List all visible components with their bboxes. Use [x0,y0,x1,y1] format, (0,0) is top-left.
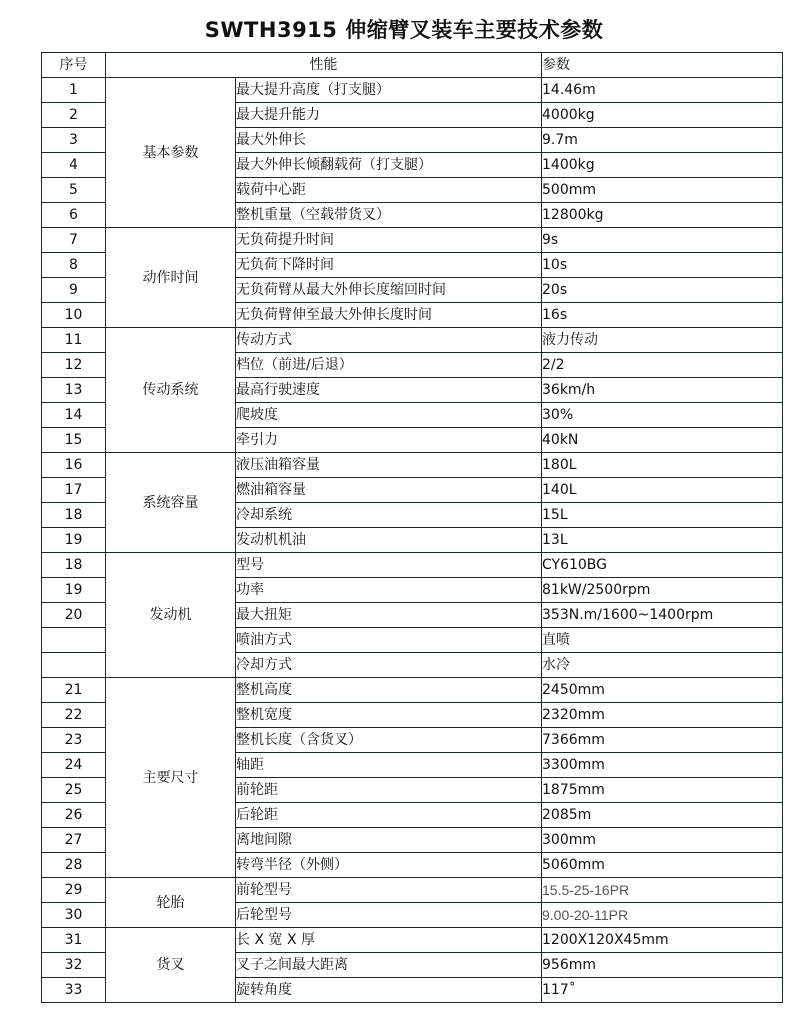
row-number: 18 [42,553,106,578]
feature-cell: 最大提升高度（打支腿） [236,78,542,103]
feature-cell: 牵引力 [236,428,542,453]
value-cell: CY610BG [542,553,783,578]
row-number: 21 [42,678,106,703]
feature-cell: 最大外伸长倾翻载荷（打支腿） [236,153,542,178]
value-cell: 液力传动 [542,328,783,353]
row-number: 13 [42,378,106,403]
feature-cell: 转弯半径（外侧） [236,853,542,878]
spec-table: 序号 性能 参数 1基本参数最大提升高度（打支腿）14.46m2最大提升能力40… [41,52,783,1003]
row-number: 14 [42,403,106,428]
row-number: 2 [42,103,106,128]
row-number: 16 [42,453,106,478]
row-number [42,653,106,678]
group-label: 动作时间 [106,228,236,328]
feature-cell: 爬坡度 [236,403,542,428]
feature-cell: 离地间隙 [236,828,542,853]
group-label: 货叉 [106,928,236,1003]
feature-cell: 最大提升能力 [236,103,542,128]
row-number: 29 [42,878,106,903]
value-cell: 117˚ [542,978,783,1003]
row-number: 12 [42,353,106,378]
value-cell: 16s [542,303,783,328]
value-cell: 2085m [542,803,783,828]
row-number: 27 [42,828,106,853]
row-number: 10 [42,303,106,328]
feature-cell: 叉子之间最大距离 [236,953,542,978]
value-cell: 9.7m [542,128,783,153]
feature-cell: 无负荷臂伸至最大外伸长度时间 [236,303,542,328]
row-number: 19 [42,578,106,603]
feature-cell: 燃油箱容量 [236,478,542,503]
table-row: 11传动系统传动方式液力传动 [42,328,783,353]
feature-cell: 无负荷下降时间 [236,253,542,278]
value-cell: 500mm [542,178,783,203]
header-no: 序号 [42,53,106,78]
feature-cell: 整机长度（含货叉） [236,728,542,753]
value-cell: 81kW/2500rpm [542,578,783,603]
row-number: 15 [42,428,106,453]
value-cell: 353N.m/1600~1400rpm [542,603,783,628]
feature-cell: 旋转角度 [236,978,542,1003]
feature-cell: 前轮型号 [236,878,542,903]
feature-cell: 最大扭矩 [236,603,542,628]
feature-cell: 整机高度 [236,678,542,703]
header-feature: 性能 [106,53,542,78]
value-cell: 1400kg [542,153,783,178]
value-cell: 180L [542,453,783,478]
table-row: 1基本参数最大提升高度（打支腿）14.46m [42,78,783,103]
table-row: 18发动机型号CY610BG [42,553,783,578]
feature-cell: 载荷中心距 [236,178,542,203]
row-number: 11 [42,328,106,353]
value-cell: 水冷 [542,653,783,678]
feature-cell: 发动机机油 [236,528,542,553]
value-cell: 直喷 [542,628,783,653]
row-number: 3 [42,128,106,153]
feature-cell: 无负荷提升时间 [236,228,542,253]
feature-cell: 最大外伸长 [236,128,542,153]
feature-cell: 无负荷臂从最大外伸长度缩回时间 [236,278,542,303]
row-number: 26 [42,803,106,828]
row-number: 8 [42,253,106,278]
value-cell: 1875mm [542,778,783,803]
row-number: 20 [42,603,106,628]
feature-cell: 最高行驶速度 [236,378,542,403]
row-number: 33 [42,978,106,1003]
feature-cell: 档位（前进/后退） [236,353,542,378]
table-header-row: 序号 性能 参数 [42,53,783,78]
feature-cell: 轴距 [236,753,542,778]
value-cell: 9s [542,228,783,253]
value-cell: 1200X120X45mm [542,928,783,953]
value-cell: 956mm [542,953,783,978]
row-number: 31 [42,928,106,953]
value-cell: 2450mm [542,678,783,703]
row-number [42,628,106,653]
page-title: SWTH3915 伸缩臂叉装车主要技术参数 [0,14,808,44]
feature-cell: 传动方式 [236,328,542,353]
feature-cell: 冷却系统 [236,503,542,528]
value-cell: 40kN [542,428,783,453]
feature-cell: 前轮距 [236,778,542,803]
group-label: 轮胎 [106,878,236,928]
row-number: 30 [42,903,106,928]
feature-cell: 冷却方式 [236,653,542,678]
value-cell: 14.46m [542,78,783,103]
feature-cell: 整机重量（空载带货叉） [236,203,542,228]
value-cell: 13L [542,528,783,553]
row-number: 32 [42,953,106,978]
table-row: 7动作时间无负荷提升时间9s [42,228,783,253]
value-cell: 30% [542,403,783,428]
row-number: 7 [42,228,106,253]
row-number: 17 [42,478,106,503]
row-number: 23 [42,728,106,753]
value-cell: 12800kg [542,203,783,228]
feature-cell: 长 X 宽 X 厚 [236,928,542,953]
feature-cell: 液压油箱容量 [236,453,542,478]
value-cell: 300mm [542,828,783,853]
row-number: 28 [42,853,106,878]
value-cell: 15L [542,503,783,528]
row-number: 4 [42,153,106,178]
row-number: 22 [42,703,106,728]
group-label: 基本参数 [106,78,236,228]
row-number: 24 [42,753,106,778]
value-cell: 2/2 [542,353,783,378]
feature-cell: 后轮距 [236,803,542,828]
row-number: 9 [42,278,106,303]
row-number: 5 [42,178,106,203]
value-cell: 15.5-25-16PR [542,878,783,903]
group-label: 系统容量 [106,453,236,553]
row-number: 19 [42,528,106,553]
group-label: 发动机 [106,553,236,678]
value-cell: 7366mm [542,728,783,753]
value-cell: 3300mm [542,753,783,778]
feature-cell: 整机宽度 [236,703,542,728]
value-cell: 20s [542,278,783,303]
table-row: 21主要尺寸整机高度2450mm [42,678,783,703]
feature-cell: 喷油方式 [236,628,542,653]
header-value: 参数 [542,53,783,78]
row-number: 25 [42,778,106,803]
value-cell: 9.00-20-11PR [542,903,783,928]
group-label: 主要尺寸 [106,678,236,878]
group-label: 传动系统 [106,328,236,453]
value-cell: 140L [542,478,783,503]
value-cell: 5060mm [542,853,783,878]
value-cell: 2320mm [542,703,783,728]
value-cell: 10s [542,253,783,278]
table-row: 31货叉长 X 宽 X 厚1200X120X45mm [42,928,783,953]
value-cell: 36km/h [542,378,783,403]
feature-cell: 功率 [236,578,542,603]
table-row: 29轮胎前轮型号15.5-25-16PR [42,878,783,903]
row-number: 18 [42,503,106,528]
table-row: 16系统容量液压油箱容量180L [42,453,783,478]
value-cell: 4000kg [542,103,783,128]
row-number: 6 [42,203,106,228]
feature-cell: 型号 [236,553,542,578]
row-number: 1 [42,78,106,103]
feature-cell: 后轮型号 [236,903,542,928]
